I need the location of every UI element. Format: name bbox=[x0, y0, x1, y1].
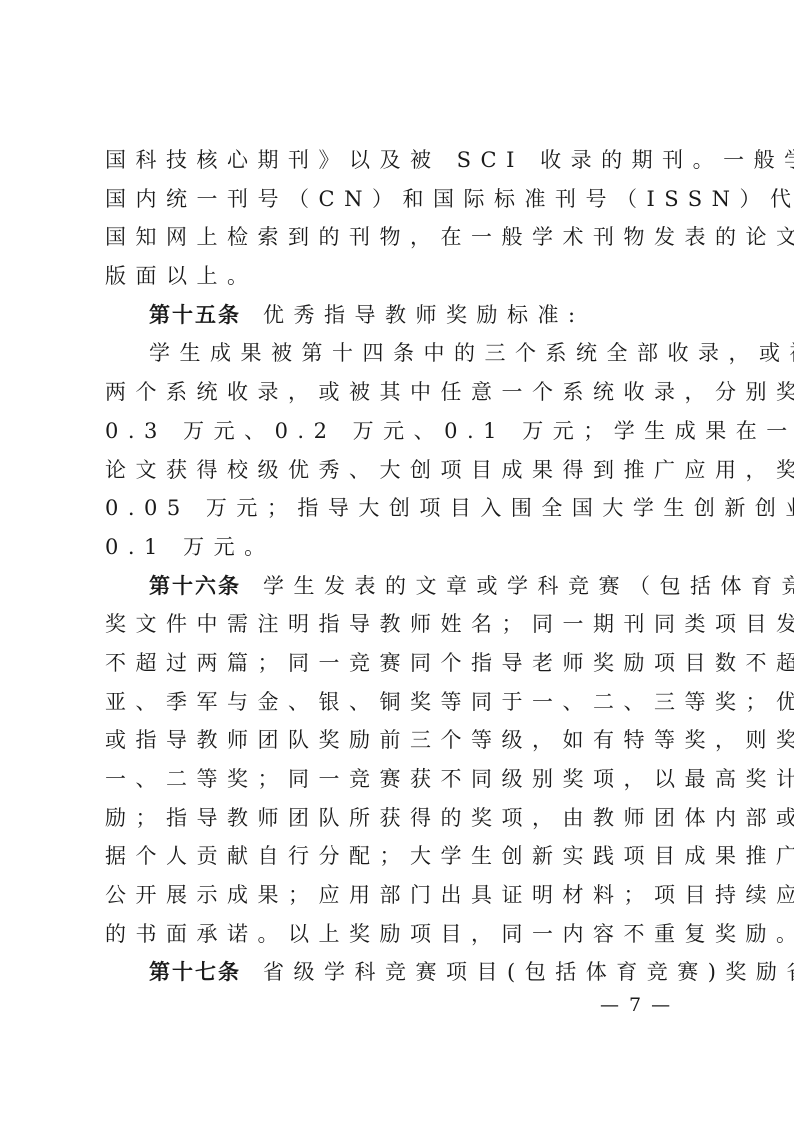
article-17-heading-line: 第十七条省级学科竞赛项目(包括体育竞赛)奖励省级(赛 bbox=[105, 953, 695, 992]
article-16-heading-line: 第十六条学生发表的文章或学科竞赛（包括体育竞赛）获 bbox=[105, 567, 695, 606]
text-line: 学生成果被第十四条中的三个系统全部收录，或被其中任意 bbox=[105, 334, 695, 373]
text-line: 一、二等奖；同一竞赛获不同级别奖项，以最高奖计，不累计奖 bbox=[105, 760, 695, 799]
article-15-heading: 第十五条 bbox=[149, 303, 241, 327]
text-line: 公开展示成果；应用部门出具证明材料；项目持续应用两年以上 bbox=[105, 876, 695, 915]
article-17-heading: 第十七条 bbox=[149, 960, 241, 984]
text-line: 不超过两篇；同一竞赛同个指导老师奖励项目数不超过三项；冠、 bbox=[105, 644, 695, 683]
text-line: 0.3 万元、0.2 万元、0.1 万元；学生成果在一般期刊发表、毕业 bbox=[105, 412, 695, 451]
text-line: 版面以上。 bbox=[105, 257, 695, 296]
article-16-heading: 第十六条 bbox=[149, 574, 241, 598]
text-line: 励；指导教师团队所获得的奖项，由教师团体内部或承办部门根 bbox=[105, 799, 695, 838]
document-page: 国科技核心期刊》以及被 SCI 收录的期刊。一般学术刊物是指有 国内统一刊号（C… bbox=[0, 0, 794, 1123]
text-line: 奖文件中需注明指导教师姓名；同一期刊同类项目发表论文奖励 bbox=[105, 605, 695, 644]
text-line: 的书面承诺。以上奖励项目，同一内容不重复奖励。 bbox=[105, 915, 695, 954]
text-line: 0.1 万元。 bbox=[105, 528, 695, 567]
text-line: 据个人贡献自行分配；大学生创新实践项目成果推广依据有三： bbox=[105, 837, 695, 876]
text-line: 论文获得校级优秀、大创项目成果得到推广应用，奖励指导教师 bbox=[105, 451, 695, 490]
text-line: 国科技核心期刊》以及被 SCI 收录的期刊。一般学术刊物是指有 bbox=[105, 141, 695, 180]
article-15-heading-line: 第十五条优秀指导教师奖励标准: bbox=[105, 296, 695, 335]
article-15-title: 优秀指导教师奖励标准: bbox=[263, 303, 585, 327]
article-16-first-line: 学生发表的文章或学科竞赛（包括体育竞赛）获 bbox=[263, 574, 794, 598]
text-line: 或指导教师团队奖励前三个等级，如有特等奖，则奖励特等奖和 bbox=[105, 721, 695, 760]
text-line: 亚、季军与金、银、铜奖等同于一、二、三等奖；优秀指导教师 bbox=[105, 683, 695, 722]
text-line: 国知网上检索到的刊物，在一般学术刊物发表的论文必须占 2 个 bbox=[105, 218, 695, 257]
text-line: 两个系统收录，或被其中任意一个系统收录，分别奖励指导教师 bbox=[105, 373, 695, 412]
page-number: — 7 — bbox=[600, 994, 672, 1016]
text-line: 国内统一刊号（CN）和国际标准刊号（ISSN）代码，且能够在中 bbox=[105, 180, 695, 219]
article-17-first-line: 省级学科竞赛项目(包括体育竞赛)奖励省级(赛 bbox=[263, 960, 794, 984]
text-line: 0.05 万元；指导大创项目入围全国大学生创新创业年会的，奖励 bbox=[105, 489, 695, 528]
body-text: 国科技核心期刊》以及被 SCI 收录的期刊。一般学术刊物是指有 国内统一刊号（C… bbox=[105, 141, 695, 992]
